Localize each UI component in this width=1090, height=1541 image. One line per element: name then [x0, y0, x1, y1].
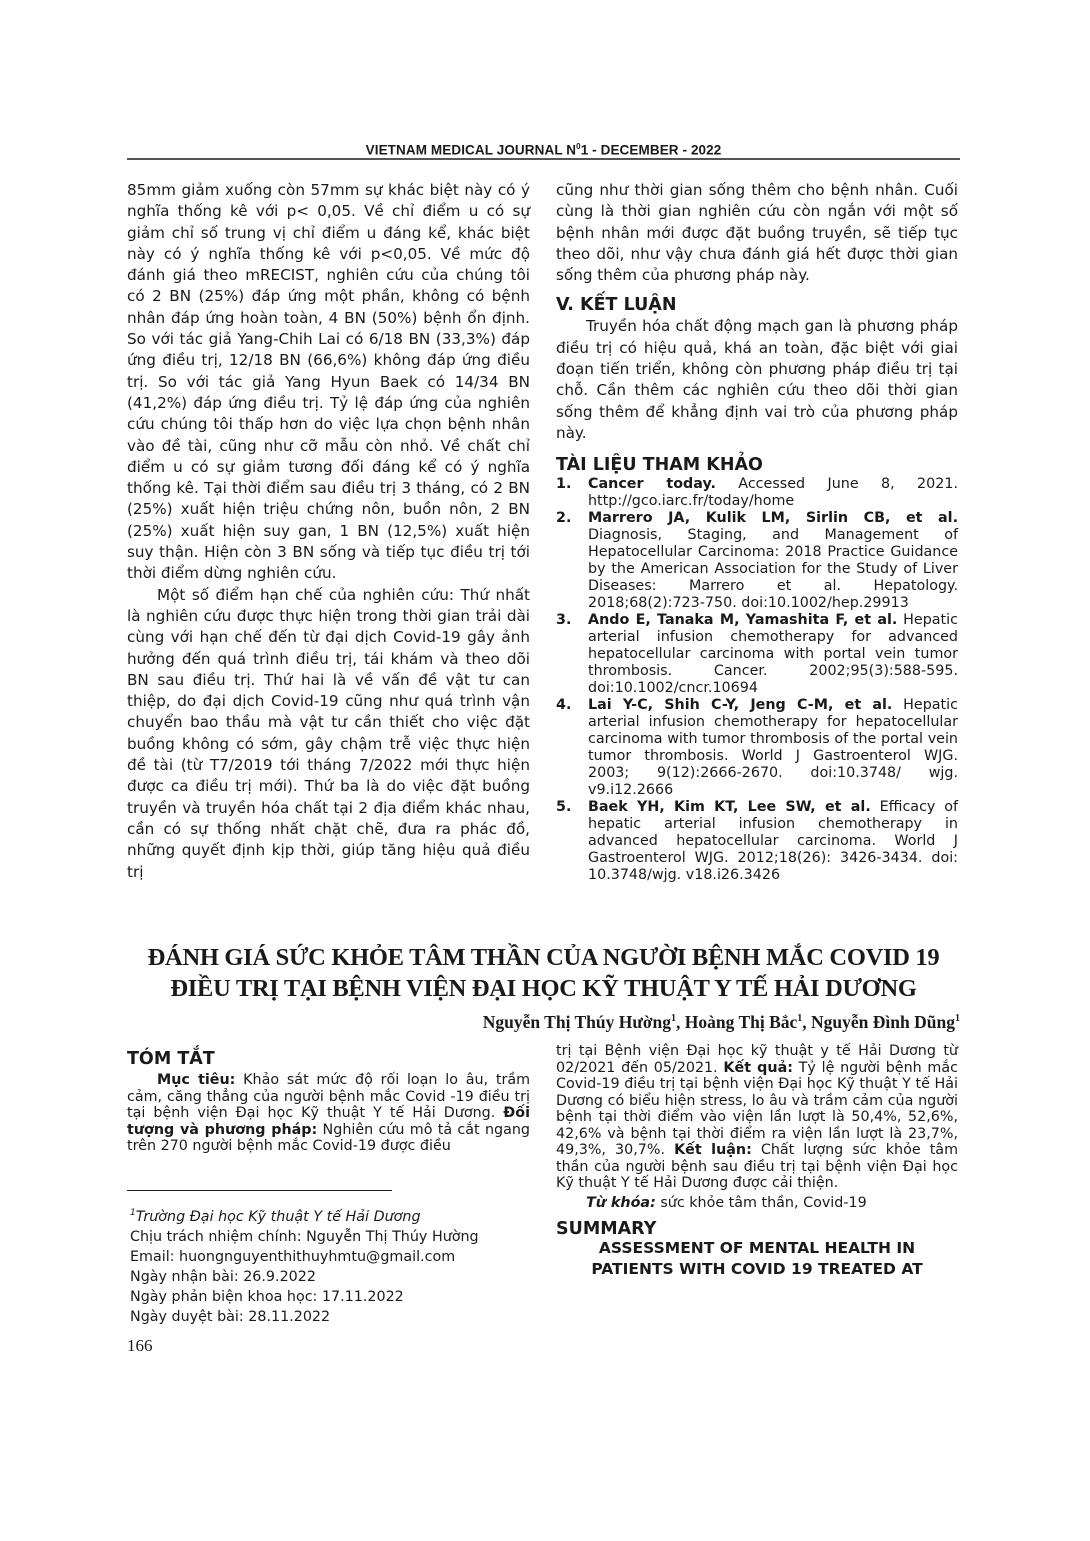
prev-article-left-column: 85mm giảm xuống còn 57mm sự khác biệt nà…: [127, 180, 530, 883]
english-title-line-2: PATIENTS WITH COVID 19 TREATED AT: [556, 1259, 958, 1280]
summary-heading: SUMMARY: [556, 1221, 958, 1238]
english-title-line-1: ASSESSMENT OF MENTAL HEALTH IN: [556, 1238, 958, 1259]
reference-item: 2.Marrero JA, Kulik LM, Sirlin CB, et al…: [556, 510, 958, 612]
author-name: Nguyễn Thị Thúy Hường: [483, 1012, 671, 1032]
affiliation-footnote: 1Trường Đại học Kỹ thuật Y tế Hải Dương: [130, 1203, 479, 1227]
reference-item: 1.Cancer today. Accessed June 8, 2021. h…: [556, 476, 958, 510]
keywords-line: Từ khóa: sức khỏe tâm thần, Covid-19: [556, 1195, 958, 1212]
reference-authors: Lai Y-C, Shih C-Y, Jeng C-M, et al.: [588, 697, 892, 713]
reference-authors: Baek YH, Kim KT, Lee SW, et al.: [588, 799, 871, 815]
reference-number: 2.: [556, 510, 571, 527]
keywords-label: Từ khóa:: [586, 1195, 656, 1211]
body-paragraph: Một số điểm hạn chế của nghiên cứu: Thứ …: [127, 585, 530, 883]
reference-item: 4.Lai Y-C, Shih C-Y, Jeng C-M, et al. He…: [556, 697, 958, 799]
affiliation-text: Trường Đại học Kỹ thuật Y tế Hải Dương: [136, 1209, 421, 1225]
reference-number: 3.: [556, 612, 571, 629]
article-title-line-1: ĐÁNH GIÁ SỨC KHỎE TÂM THẦN CỦA NGƯỜI BỆN…: [127, 942, 960, 973]
abstract-right-column: trị tại Bệnh viện Đại học kỹ thuật y tế …: [556, 1043, 958, 1280]
author-name: Nguyễn Đình Dũng: [811, 1012, 955, 1032]
author-affiliation-mark: 1: [955, 1013, 960, 1024]
page-number: 166: [127, 1336, 153, 1356]
running-header: VIETNAM MEDICAL JOURNAL N01 - DECEMBER -…: [127, 142, 960, 158]
prev-article-right-column: cũng như thời gian sống thêm cho bệnh nh…: [556, 180, 958, 884]
abstract-left-column: TÓM TẮT Mục tiêu: Khảo sát mức độ rối lo…: [127, 1048, 530, 1155]
body-paragraph: 85mm giảm xuống còn 57mm sự khác biệt nà…: [127, 180, 530, 585]
reference-number: 4.: [556, 697, 571, 714]
footnotes: 1Trường Đại học Kỹ thuật Y tế Hải Dương …: [130, 1203, 479, 1327]
abstract-heading: TÓM TẮT: [127, 1048, 530, 1070]
reference-authors: Marrero JA, Kulik LM, Sirlin CB, et al.: [588, 510, 958, 526]
conclusion-paragraph: Truyền hóa chất động mạch gan là phương …: [556, 316, 958, 444]
journal-name: VIETNAM MEDICAL JOURNAL N: [366, 143, 577, 158]
corresponding-author: Chịu trách nhiệm chính: Nguyễn Thị Thúy …: [130, 1227, 479, 1247]
date-accepted: Ngày duyệt bài: 28.11.2022: [130, 1307, 479, 1327]
issue-date: 1 - DECEMBER - 2022: [581, 143, 722, 158]
author-list: Nguyễn Thị Thúy Hường1, Hoàng Thị Bắc1, …: [483, 1012, 960, 1033]
reference-authors: Cancer today.: [588, 476, 716, 492]
keywords-text: sức khỏe tâm thần, Covid-19: [656, 1195, 867, 1211]
author-affiliation-mark: 1: [671, 1013, 676, 1024]
date-received: Ngày nhận bài: 26.9.2022: [130, 1267, 479, 1287]
footnote-rule: [127, 1190, 392, 1191]
section-heading-conclusion: V. KẾT LUẬN: [556, 294, 958, 316]
journal-page: VIETNAM MEDICAL JOURNAL N01 - DECEMBER -…: [0, 0, 1090, 1541]
article-title: ĐÁNH GIÁ SỨC KHỎE TÂM THẦN CỦA NGƯỜI BỆN…: [127, 942, 960, 1004]
date-reviewed: Ngày phản biện khoa học: 17.11.2022: [130, 1287, 479, 1307]
objective-label: Mục tiêu:: [157, 1072, 235, 1088]
reference-details: Diagnosis, Staging, and Management of He…: [588, 527, 958, 611]
article-title-line-2: ĐIỀU TRỊ TẠI BỆNH VIỆN ĐẠI HỌC KỸ THUẬT …: [127, 973, 960, 1004]
author-affiliation-mark: 1: [797, 1013, 802, 1024]
results-label: Kết quả:: [723, 1060, 793, 1076]
reference-list: 1.Cancer today. Accessed June 8, 2021. h…: [556, 476, 958, 884]
reference-number: 1.: [556, 476, 571, 493]
reference-item: 3.Ando E, Tanaka M, Yamashita F, et al. …: [556, 612, 958, 697]
english-title: ASSESSMENT OF MENTAL HEALTH IN PATIENTS …: [556, 1238, 958, 1280]
section-heading-references: TÀI LIỆU THAM KHẢO: [556, 454, 958, 476]
author-name: Hoàng Thị Bắc: [685, 1012, 798, 1032]
body-paragraph: cũng như thời gian sống thêm cho bệnh nh…: [556, 180, 958, 286]
reference-item: 5.Baek YH, Kim KT, Lee SW, et al. Effica…: [556, 799, 958, 884]
corresponding-email: Email: huongnguyenthithuyhmtu@gmail.com: [130, 1247, 479, 1267]
conclusion-label: Kết luận:: [674, 1142, 752, 1158]
reference-authors: Ando E, Tanaka M, Yamashita F, et al.: [588, 612, 897, 628]
abstract-paragraph: trị tại Bệnh viện Đại học kỹ thuật y tế …: [556, 1043, 958, 1192]
header-rule: [127, 158, 960, 160]
abstract-paragraph: Mục tiêu: Khảo sát mức độ rối loạn lo âu…: [127, 1072, 530, 1155]
reference-number: 5.: [556, 799, 571, 816]
